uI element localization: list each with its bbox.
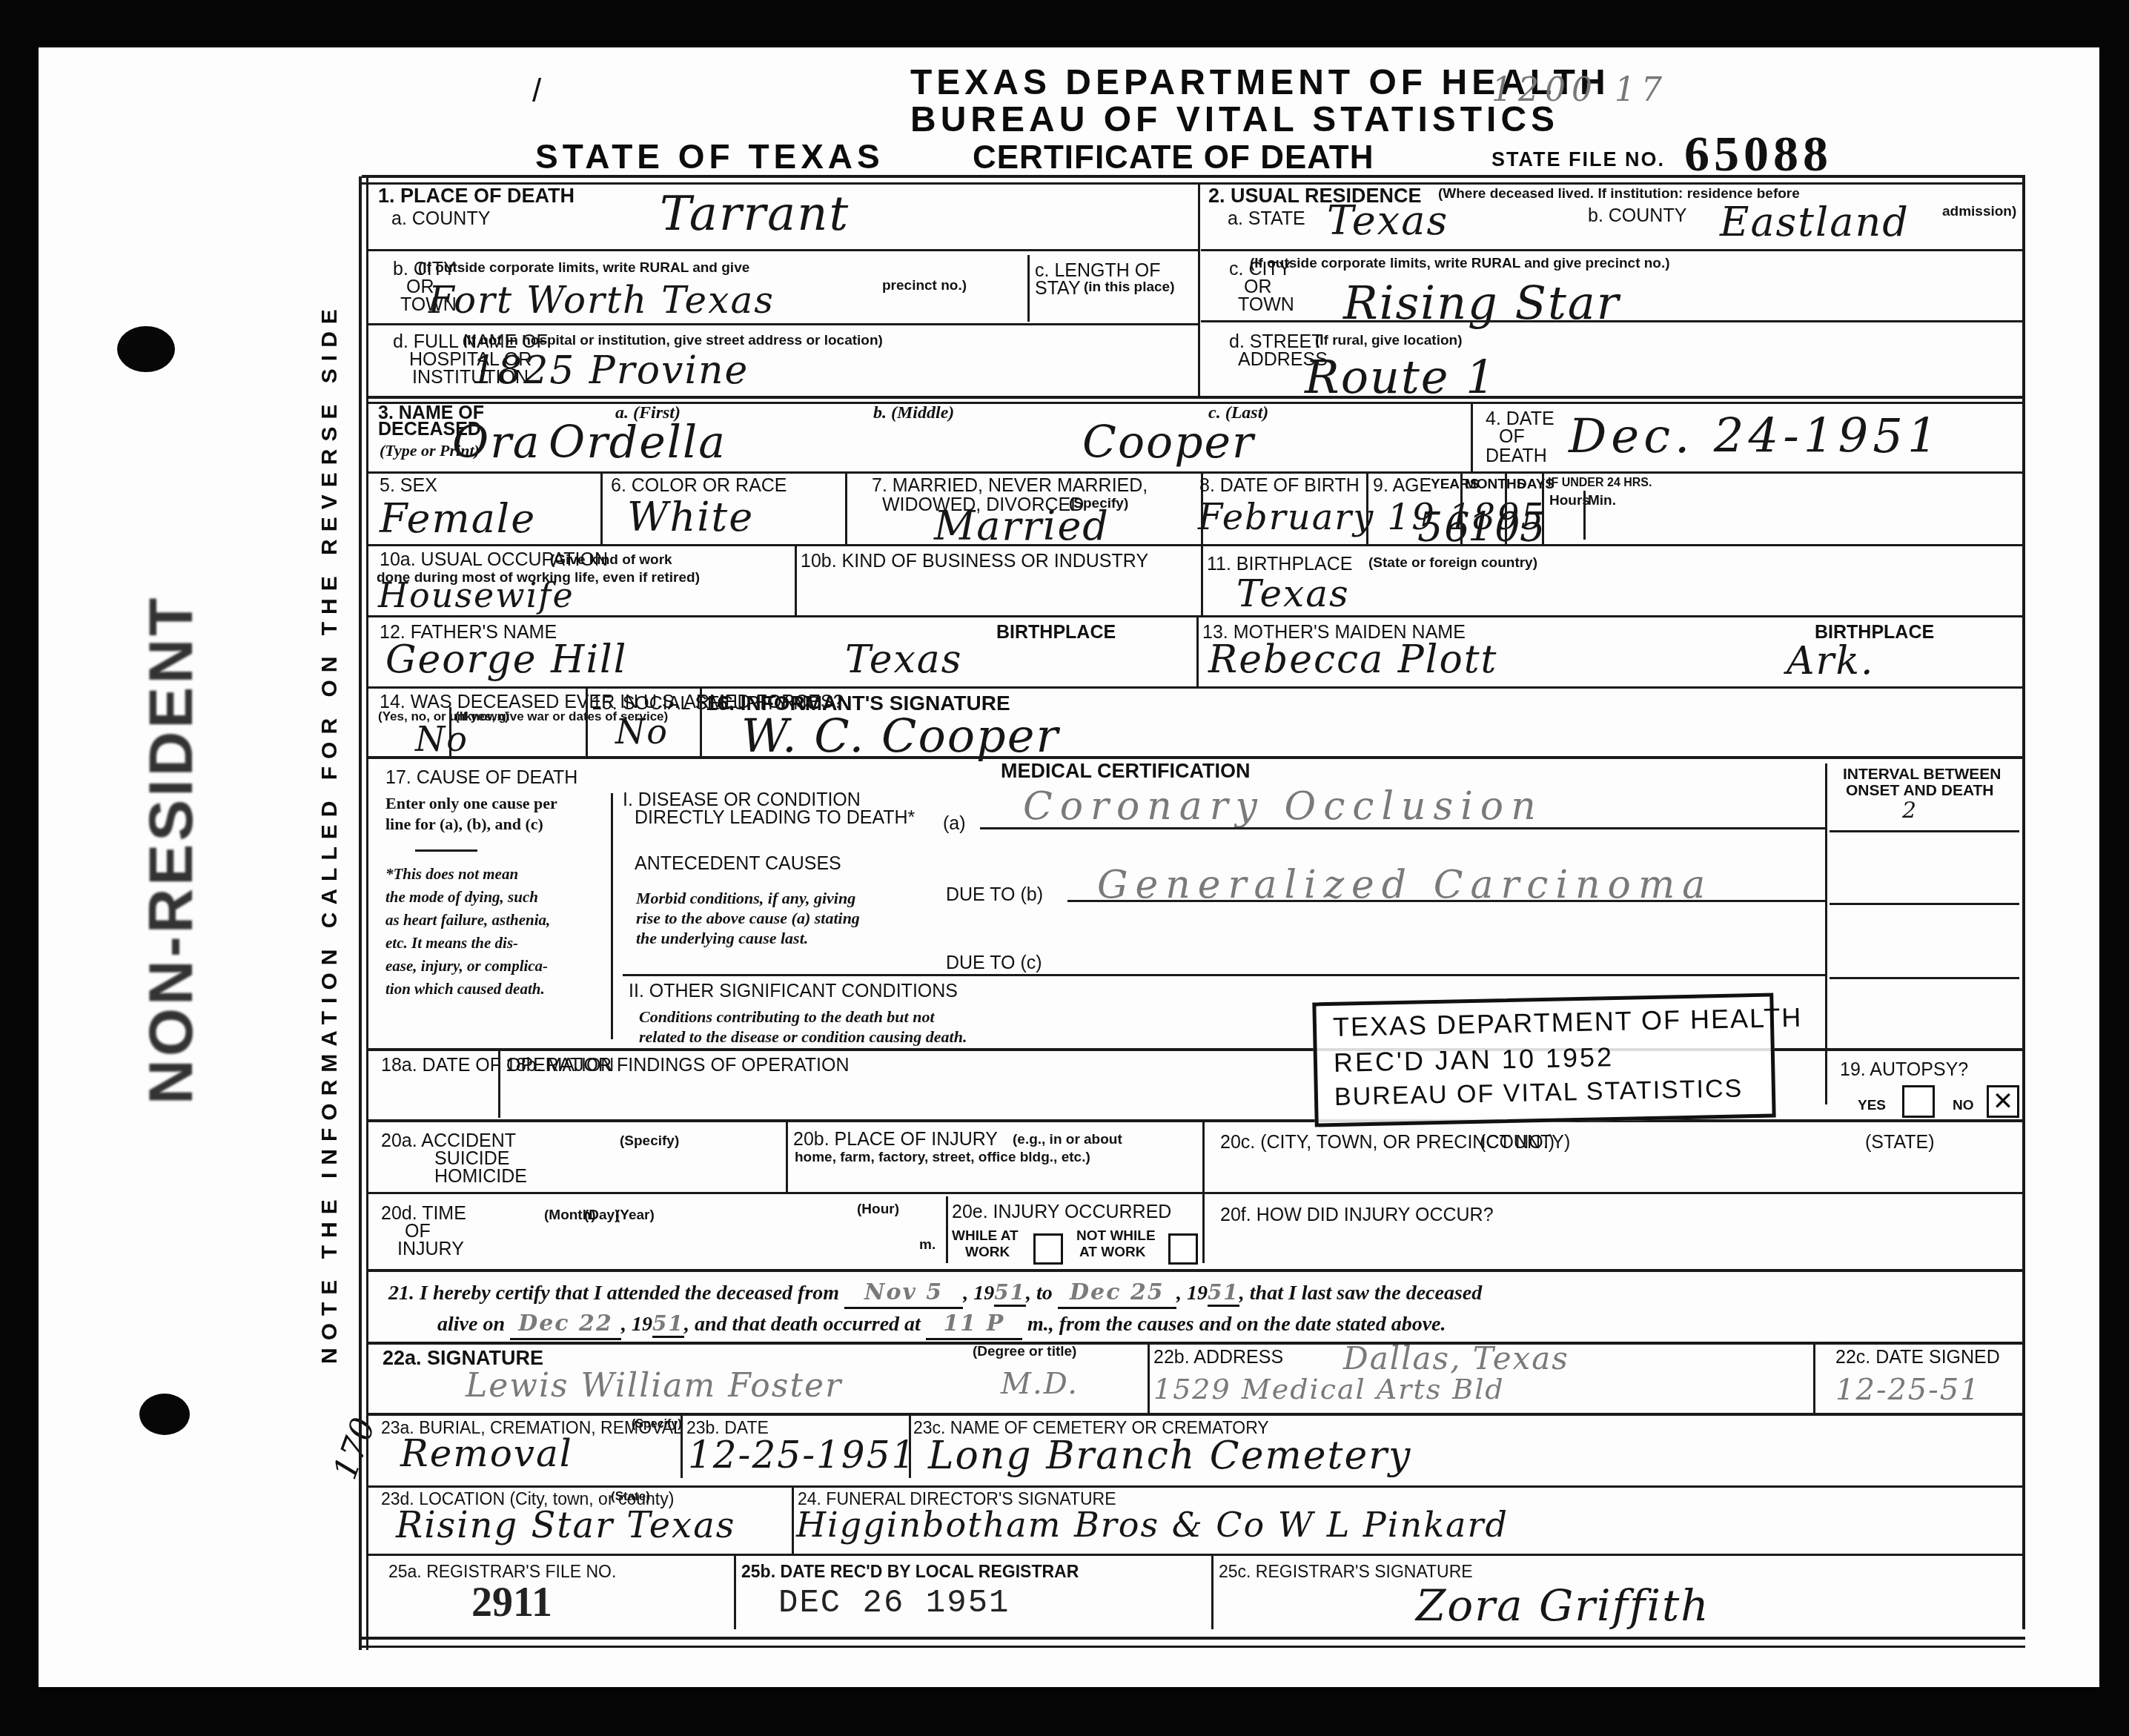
rule-1b bbox=[368, 323, 1198, 325]
father-birthplace-label: BIRTHPLACE bbox=[996, 623, 1116, 642]
signature-label: 22a. SIGNATURE bbox=[383, 1348, 543, 1368]
res-state-label: a. STATE bbox=[1228, 209, 1305, 228]
findings-label: 18b. MAJOR FINDINGS OF OPERATION bbox=[506, 1056, 850, 1075]
armed-value: No bbox=[415, 719, 468, 759]
cause-footnote: *This does not mean the mode of dying, s… bbox=[385, 863, 608, 1001]
rule-17-top bbox=[368, 756, 2022, 759]
certify-text: 21. I hereby certify that I attended the… bbox=[388, 1282, 839, 1305]
certify-text: alive on bbox=[437, 1313, 505, 1336]
autopsy-label: 19. AUTOPSY? bbox=[1840, 1060, 1968, 1079]
injury-c-county: (COUNTY) bbox=[1480, 1133, 1570, 1152]
divider-dod bbox=[1471, 403, 1473, 473]
divider-race bbox=[600, 473, 603, 544]
footnote-line: as heart failure, asthenia, bbox=[385, 909, 608, 932]
morbid-line: rise to the above cause (a) stating bbox=[636, 908, 860, 928]
autopsy-yes-label: YES bbox=[1858, 1099, 1886, 1113]
rule-2a bbox=[1201, 249, 2022, 251]
physician-signature: Lewis William Foster bbox=[466, 1367, 842, 1405]
rule-21-top bbox=[368, 1269, 2022, 1272]
rule-3-top bbox=[368, 396, 2022, 399]
divider-age bbox=[1366, 473, 1368, 544]
divider-ssn bbox=[586, 688, 588, 758]
injury-b-hint: (e.g., in or about bbox=[1013, 1133, 1122, 1147]
informant-value: W. C. Cooper bbox=[741, 709, 1059, 763]
occ-value: Housewife bbox=[378, 575, 575, 615]
race-value: White bbox=[627, 494, 754, 540]
race-label: 6. COLOR OR RACE bbox=[611, 476, 787, 495]
registrar-date-label: 25b. DATE REC'D BY LOCAL REGISTRAR bbox=[741, 1563, 1079, 1580]
rule-20d-top bbox=[368, 1192, 2022, 1194]
min-label: Min. bbox=[1588, 494, 1616, 508]
certificate-title: CERTIFICATE OF DEATH bbox=[973, 139, 1374, 176]
funeral-value: Higginbotham Bros & Co W L Pinkard bbox=[796, 1505, 1509, 1545]
burial-value: Removal bbox=[400, 1432, 573, 1475]
res-county-label: b. COUNTY bbox=[1588, 206, 1686, 225]
res-county-value: Eastland bbox=[1720, 199, 1910, 245]
certify-text: , that I last saw the deceased bbox=[1239, 1282, 1482, 1305]
other-hint-line: Conditions contributing to the death but… bbox=[639, 1007, 967, 1027]
form-bottom-rule-2 bbox=[362, 1646, 2025, 1648]
b-label: DUE TO (b) bbox=[946, 885, 1043, 904]
injury-e-not-2: AT WORK bbox=[1079, 1245, 1145, 1260]
last-name-value: Cooper bbox=[1082, 417, 1255, 468]
physician-degree: M.D. bbox=[1001, 1367, 1079, 1401]
reverse-side-note: NOTE THE INFORMATION CALLED FOR ON THE R… bbox=[317, 302, 342, 1364]
location-value: Rising Star Texas bbox=[396, 1505, 735, 1546]
punch-hole-bottom bbox=[139, 1394, 190, 1435]
interval-c-line bbox=[1830, 977, 2019, 979]
res-street-hint: (If rural, give location) bbox=[1315, 334, 1462, 348]
divider-cemetery bbox=[909, 1414, 911, 1478]
registrar-signature: Zora Griffith bbox=[1416, 1580, 1710, 1631]
stamp-line-2: REC'D JAN 10 1952 bbox=[1334, 1041, 1615, 1079]
county-label: a. COUNTY bbox=[391, 209, 490, 228]
cause-hint: Enter only one cause per bbox=[385, 793, 557, 815]
injury-e-not: NOT WHILE bbox=[1076, 1229, 1156, 1244]
under24-label: IF UNDER 24 HRS. bbox=[1548, 477, 1652, 490]
first-name-value: Ora bbox=[452, 417, 541, 468]
hospital-value: 1825 Provine bbox=[471, 348, 749, 393]
sex-label: 5. SEX bbox=[380, 476, 437, 495]
dob-label: 8. DATE OF BIRTH bbox=[1199, 476, 1360, 495]
registrar-file-label: 25a. REGISTRAR'S FILE NO. bbox=[388, 1563, 616, 1580]
injury-b-hint-2: home, farm, factory, street, office bldg… bbox=[795, 1150, 1090, 1165]
birthplace-value: Texas bbox=[1236, 572, 1350, 615]
marital-value: Married bbox=[934, 503, 1110, 549]
autopsy-no-checkbox[interactable]: ✕ bbox=[1987, 1085, 2019, 1118]
rule-12-top bbox=[368, 615, 2022, 617]
address-value-2: 1529 Medical Arts Bld bbox=[1153, 1373, 1505, 1405]
registrar-file-value: 2911 bbox=[471, 1579, 552, 1626]
checkmark-icon: ✕ bbox=[1993, 1087, 2014, 1116]
cause-hint-2: line for (a), (b), and (c) bbox=[385, 814, 543, 835]
certify-line-2: alive on Dec 22, 1951, and that death oc… bbox=[437, 1309, 1446, 1340]
morbid-line: the underlying cause last. bbox=[636, 928, 860, 948]
residence-hint-2: admission) bbox=[1942, 205, 2016, 219]
other-hint-line: related to the disease or condition caus… bbox=[639, 1027, 967, 1047]
divider-1-2 bbox=[1198, 184, 1200, 396]
age-label: 9. AGE bbox=[1373, 476, 1431, 495]
footnote-line: *This does not mean bbox=[385, 863, 608, 886]
divider-funeral bbox=[792, 1485, 794, 1554]
occ-hint: (Give kind of work bbox=[550, 553, 672, 568]
form-top-rule-2 bbox=[362, 182, 2025, 185]
cause-c-line bbox=[623, 974, 1827, 976]
divider-burial-date bbox=[681, 1414, 683, 1478]
state-title: STATE OF TEXAS bbox=[535, 136, 884, 176]
cemetery-value: Long Branch Cemetery bbox=[928, 1434, 1411, 1478]
sex-value: Female bbox=[380, 495, 536, 542]
footnote-line: ease, injury, or complica- bbox=[385, 955, 608, 978]
last-seen-year: 51 bbox=[652, 1311, 684, 1338]
res-state-value: Texas bbox=[1327, 197, 1448, 244]
divider-interval bbox=[1825, 763, 1827, 1104]
dod-label-3: DEATH bbox=[1486, 446, 1547, 466]
dod-value: Dec. 24-1951 bbox=[1569, 409, 1942, 464]
injury-d-year: (Year) bbox=[615, 1208, 655, 1223]
a-label: (a) bbox=[943, 814, 966, 833]
divider-stay bbox=[1027, 255, 1030, 322]
rule-23d-top bbox=[368, 1485, 2022, 1488]
pencil-note: 1200 17 bbox=[1491, 71, 1668, 109]
city-hint-2: precinct no.) bbox=[882, 279, 967, 294]
non-resident-stamp: NON-RESIDENT bbox=[135, 595, 207, 1104]
punch-hole-top bbox=[117, 326, 175, 372]
not-while-at-work-checkbox[interactable] bbox=[1168, 1233, 1198, 1265]
mother-birthplace-value: Ark. bbox=[1787, 639, 1874, 683]
corner-mark: / bbox=[532, 73, 541, 110]
ssn-value: No bbox=[615, 712, 669, 752]
stamp-line-3: BUREAU OF VITAL STATISTICS bbox=[1334, 1074, 1744, 1112]
injury-d-hour: (Hour) bbox=[857, 1202, 899, 1217]
rule-10-top bbox=[368, 544, 2022, 546]
certify-text: m., from the causes and on the date stat… bbox=[1027, 1313, 1446, 1336]
res-city-town: TOWN bbox=[1238, 295, 1294, 314]
certify-text: , and that death occurred at bbox=[684, 1313, 921, 1336]
address-value: Dallas, Texas bbox=[1343, 1340, 1569, 1376]
rule-5-top bbox=[368, 471, 2022, 474]
cause-rule bbox=[415, 849, 477, 852]
divider-injury-e bbox=[946, 1196, 948, 1263]
other-label: II. OTHER SIGNIFICANT CONDITIONS bbox=[629, 981, 958, 1001]
marital-label: 7. MARRIED, NEVER MARRIED, bbox=[872, 476, 1148, 495]
divider-injury-b bbox=[786, 1121, 788, 1192]
certify-line-1: 21. I hereby certify that I attended the… bbox=[388, 1278, 1482, 1309]
injury-e-label: 20e. INJURY OCCURRED bbox=[952, 1202, 1171, 1222]
rule-22-top bbox=[368, 1342, 2022, 1345]
business-label: 10b. KIND OF BUSINESS OR INDUSTRY bbox=[801, 551, 1148, 571]
injury-a-hint: (Specify) bbox=[620, 1134, 679, 1149]
injury-e-while: WHILE AT bbox=[952, 1229, 1019, 1244]
middle-name-value: Ordella bbox=[549, 417, 726, 468]
interval-label: INTERVAL BETWEEN bbox=[1843, 766, 2001, 783]
mother-value: Rebecca Plott bbox=[1208, 637, 1497, 682]
birthplace-label: 11. BIRTHPLACE bbox=[1207, 554, 1352, 574]
attended-from: Nov 5 bbox=[844, 1278, 963, 1309]
last-seen-alive: Dec 22 bbox=[510, 1309, 621, 1340]
attended-to-year: 51 bbox=[1208, 1280, 1239, 1307]
stay-hint: (in this place) bbox=[1084, 280, 1174, 295]
father-value: George Hill bbox=[385, 637, 627, 682]
while-at-work-checkbox[interactable] bbox=[1033, 1233, 1063, 1265]
certify-text: , to bbox=[1026, 1282, 1053, 1305]
burial-date-value: 12-25-1951 bbox=[688, 1434, 916, 1477]
injury-e-while-2: WORK bbox=[965, 1245, 1010, 1260]
degree-label: (Degree or title) bbox=[973, 1345, 1076, 1359]
certify-text: , 19 bbox=[963, 1282, 994, 1305]
certify-text: , 19 bbox=[621, 1313, 652, 1336]
morbid-hint: Morbid conditions, if any, giving rise t… bbox=[636, 888, 860, 948]
interval-a-line bbox=[1830, 830, 2019, 832]
divider-registrar-date bbox=[734, 1555, 736, 1629]
dod-label-2: OF bbox=[1499, 427, 1525, 446]
stamp-line-1: TEXAS DEPARTMENT OF HEALTH bbox=[1333, 1002, 1803, 1043]
divider-business bbox=[795, 546, 797, 617]
cause-a-line bbox=[980, 827, 1827, 829]
rule-20-top bbox=[368, 1119, 2022, 1122]
state-file-label: STATE FILE NO. bbox=[1491, 148, 1665, 171]
rule-14-top bbox=[368, 686, 2022, 689]
injury-a-label-3: HOMICIDE bbox=[434, 1167, 527, 1186]
injury-d-label-3: INJURY bbox=[397, 1239, 464, 1259]
antecedent-label: ANTECEDENT CAUSES bbox=[635, 854, 841, 873]
registrar-sig-label: 25c. REGISTRAR'S SIGNATURE bbox=[1219, 1563, 1473, 1580]
form-border-right bbox=[2022, 176, 2025, 1629]
certify-text: , 19 bbox=[1176, 1282, 1208, 1305]
cause-a-value: Coronary Occlusion bbox=[1023, 784, 1543, 829]
rule-25-top bbox=[368, 1554, 2022, 1556]
attended-from-year: 51 bbox=[994, 1280, 1026, 1307]
morbid-line: Morbid conditions, if any, giving bbox=[636, 888, 860, 908]
form-border-left bbox=[359, 176, 362, 1650]
bureau-text: BUREAU OF VITAL STATISTICS bbox=[910, 100, 1559, 139]
footnote-line: tion which caused death. bbox=[385, 978, 608, 1001]
date-signed-value: 12-25-51 bbox=[1835, 1373, 1981, 1407]
hospital-hint: (If not in hospital or institution, give… bbox=[463, 334, 883, 348]
autopsy-yes-checkbox[interactable] bbox=[1902, 1085, 1935, 1118]
injury-b-label: 20b. PLACE OF INJURY bbox=[793, 1130, 998, 1149]
divider-days bbox=[1505, 473, 1507, 544]
divider-birthplace bbox=[1201, 546, 1203, 617]
form-top-rule bbox=[362, 175, 2025, 178]
divider-mother bbox=[1196, 617, 1199, 686]
stay-label-2: STAY bbox=[1035, 279, 1081, 298]
injury-d-m: m. bbox=[919, 1238, 936, 1253]
birthplace-hint: (State or foreign country) bbox=[1368, 556, 1537, 571]
city-value: Fort Worth Texas bbox=[428, 279, 775, 322]
divider-marital bbox=[845, 473, 847, 544]
death-time: 11 P bbox=[926, 1309, 1022, 1340]
autopsy-no-label: NO bbox=[1953, 1099, 1974, 1113]
cause-label: 17. CAUSE OF DEATH bbox=[385, 768, 577, 787]
divider-months bbox=[1460, 473, 1463, 544]
middle-name-label: b. (Middle) bbox=[873, 402, 954, 425]
injury-d-day: (Day) bbox=[584, 1208, 620, 1223]
city-hint: (If outside corporate limits, write RURA… bbox=[418, 261, 749, 276]
divider-registrar-sig bbox=[1211, 1555, 1214, 1629]
form-bottom-rule bbox=[362, 1637, 2025, 1640]
other-hint: Conditions contributing to the death but… bbox=[639, 1007, 967, 1047]
interval-a-value: 2 bbox=[1902, 798, 1918, 824]
disease-label-2: DIRECTLY LEADING TO DEATH* bbox=[635, 808, 915, 827]
rule-1a bbox=[368, 249, 1198, 251]
cause-b-line bbox=[1067, 900, 1827, 902]
interval-label-2: ONSET AND DEATH bbox=[1846, 783, 1994, 799]
date-signed-label: 22c. DATE SIGNED bbox=[1835, 1348, 2000, 1367]
footnote-line: etc. It means the dis- bbox=[385, 932, 608, 955]
footnote-line: the mode of dying, such bbox=[385, 886, 608, 909]
interval-b-line bbox=[1830, 903, 2019, 905]
rule-2b bbox=[1201, 320, 2022, 322]
location-state-label: (State) bbox=[611, 1490, 650, 1503]
county-value: Tarrant bbox=[660, 187, 850, 242]
bureau-title: BUREAU OF VITAL STATISTICS bbox=[910, 99, 1559, 140]
divider-date-signed bbox=[1813, 1343, 1815, 1414]
father-birthplace-value: Texas bbox=[845, 637, 962, 682]
place-of-death-heading: 1. PLACE OF DEATH bbox=[378, 185, 575, 206]
rule-23-top bbox=[368, 1413, 2022, 1416]
received-stamp: TEXAS DEPARTMENT OF HEALTH REC'D JAN 10 … bbox=[1312, 993, 1775, 1127]
medical-heading: MEDICAL CERTIFICATION bbox=[1001, 761, 1251, 781]
divider-findings bbox=[498, 1051, 500, 1118]
divider-min bbox=[1583, 491, 1586, 540]
injury-f-label: 20f. HOW DID INJURY OCCUR? bbox=[1220, 1205, 1494, 1225]
divider-informant bbox=[700, 688, 702, 758]
injury-c-state: (STATE) bbox=[1865, 1133, 1935, 1152]
attended-to: Dec 25 bbox=[1058, 1278, 1176, 1309]
divider-under24 bbox=[1542, 473, 1544, 544]
burial-hint: (Specify) bbox=[632, 1419, 682, 1431]
divider-cause bbox=[611, 793, 613, 1039]
divider-address bbox=[1148, 1343, 1150, 1414]
res-city-hint: (If outside corporate limits, write RURA… bbox=[1250, 256, 1670, 271]
c-label: DUE TO (c) bbox=[946, 953, 1042, 973]
address-label: 22b. ADDRESS bbox=[1153, 1348, 1283, 1367]
registrar-date-value: DEC 26 1951 bbox=[778, 1585, 1010, 1622]
